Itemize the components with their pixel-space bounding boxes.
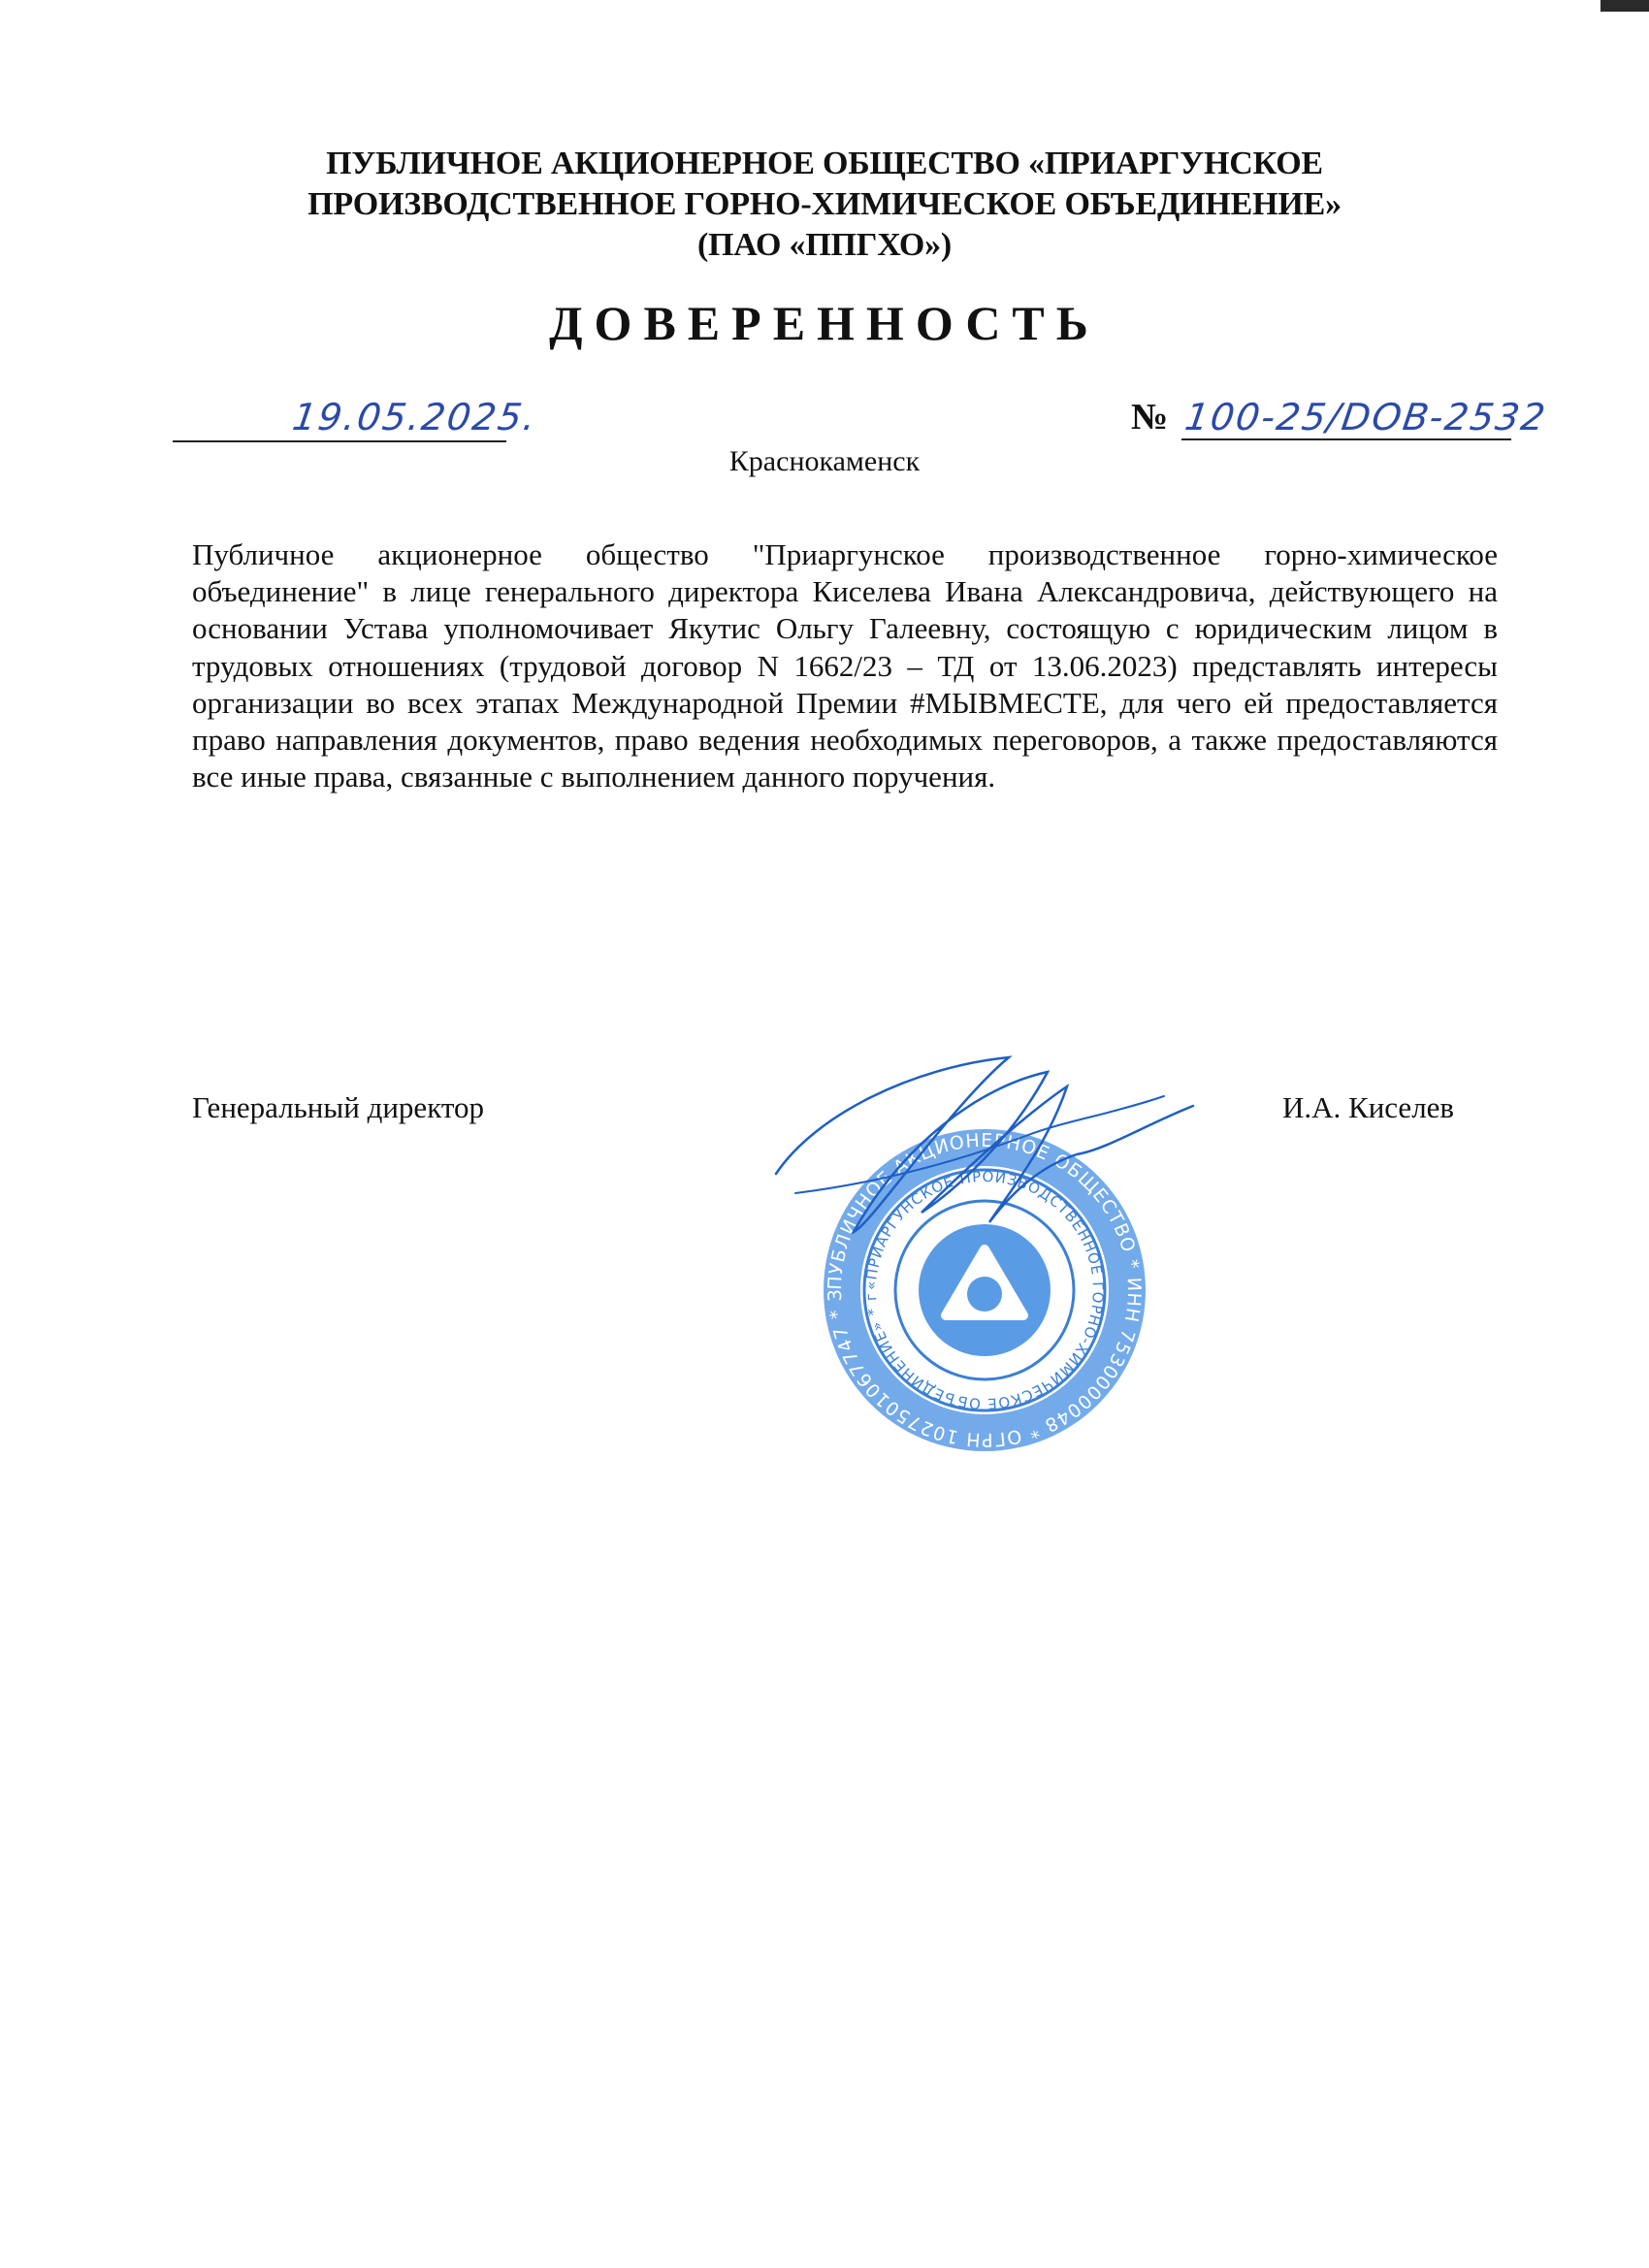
signatory-name: И.А. Киселев: [1282, 1090, 1454, 1125]
signatory-role: Генеральный директор: [192, 1090, 484, 1125]
city: Краснокаменск: [0, 445, 1649, 478]
document-number-field: 100-25/DOB-2532: [1181, 392, 1511, 440]
org-header-line-1: ПУБЛИЧНОЕ АКЦИОНЕРНОЕ ОБЩЕСТВО «ПРИАРГУН…: [175, 144, 1474, 184]
body-paragraph: Публичное акционерное общество "Приаргун…: [192, 536, 1498, 795]
handwritten-signature-icon: [757, 1028, 1203, 1280]
org-header-line-2: ПРОИЗВОДСТВЕННОЕ ГОРНО-ХИМИЧЕСКОЕ ОБЪЕДИ…: [175, 184, 1474, 225]
org-header-line-3: (ПАО «ППГХО»): [175, 225, 1474, 266]
body-text: Публичное акционерное общество "Приаргун…: [192, 536, 1498, 795]
scan-edge-strip: [1600, 0, 1649, 12]
organization-header: ПУБЛИЧНОЕ АКЦИОНЕРНОЕ ОБЩЕСТВО «ПРИАРГУН…: [175, 144, 1474, 266]
document-title: ДОВЕРЕННОСТЬ: [0, 295, 1649, 351]
date-field: 19.05.2025.: [173, 392, 506, 442]
handwritten-number: 100-25/DOB-2532: [1182, 396, 1550, 438]
number-sign: №: [1131, 396, 1168, 438]
handwritten-date: 19.05.2025.: [290, 396, 540, 438]
